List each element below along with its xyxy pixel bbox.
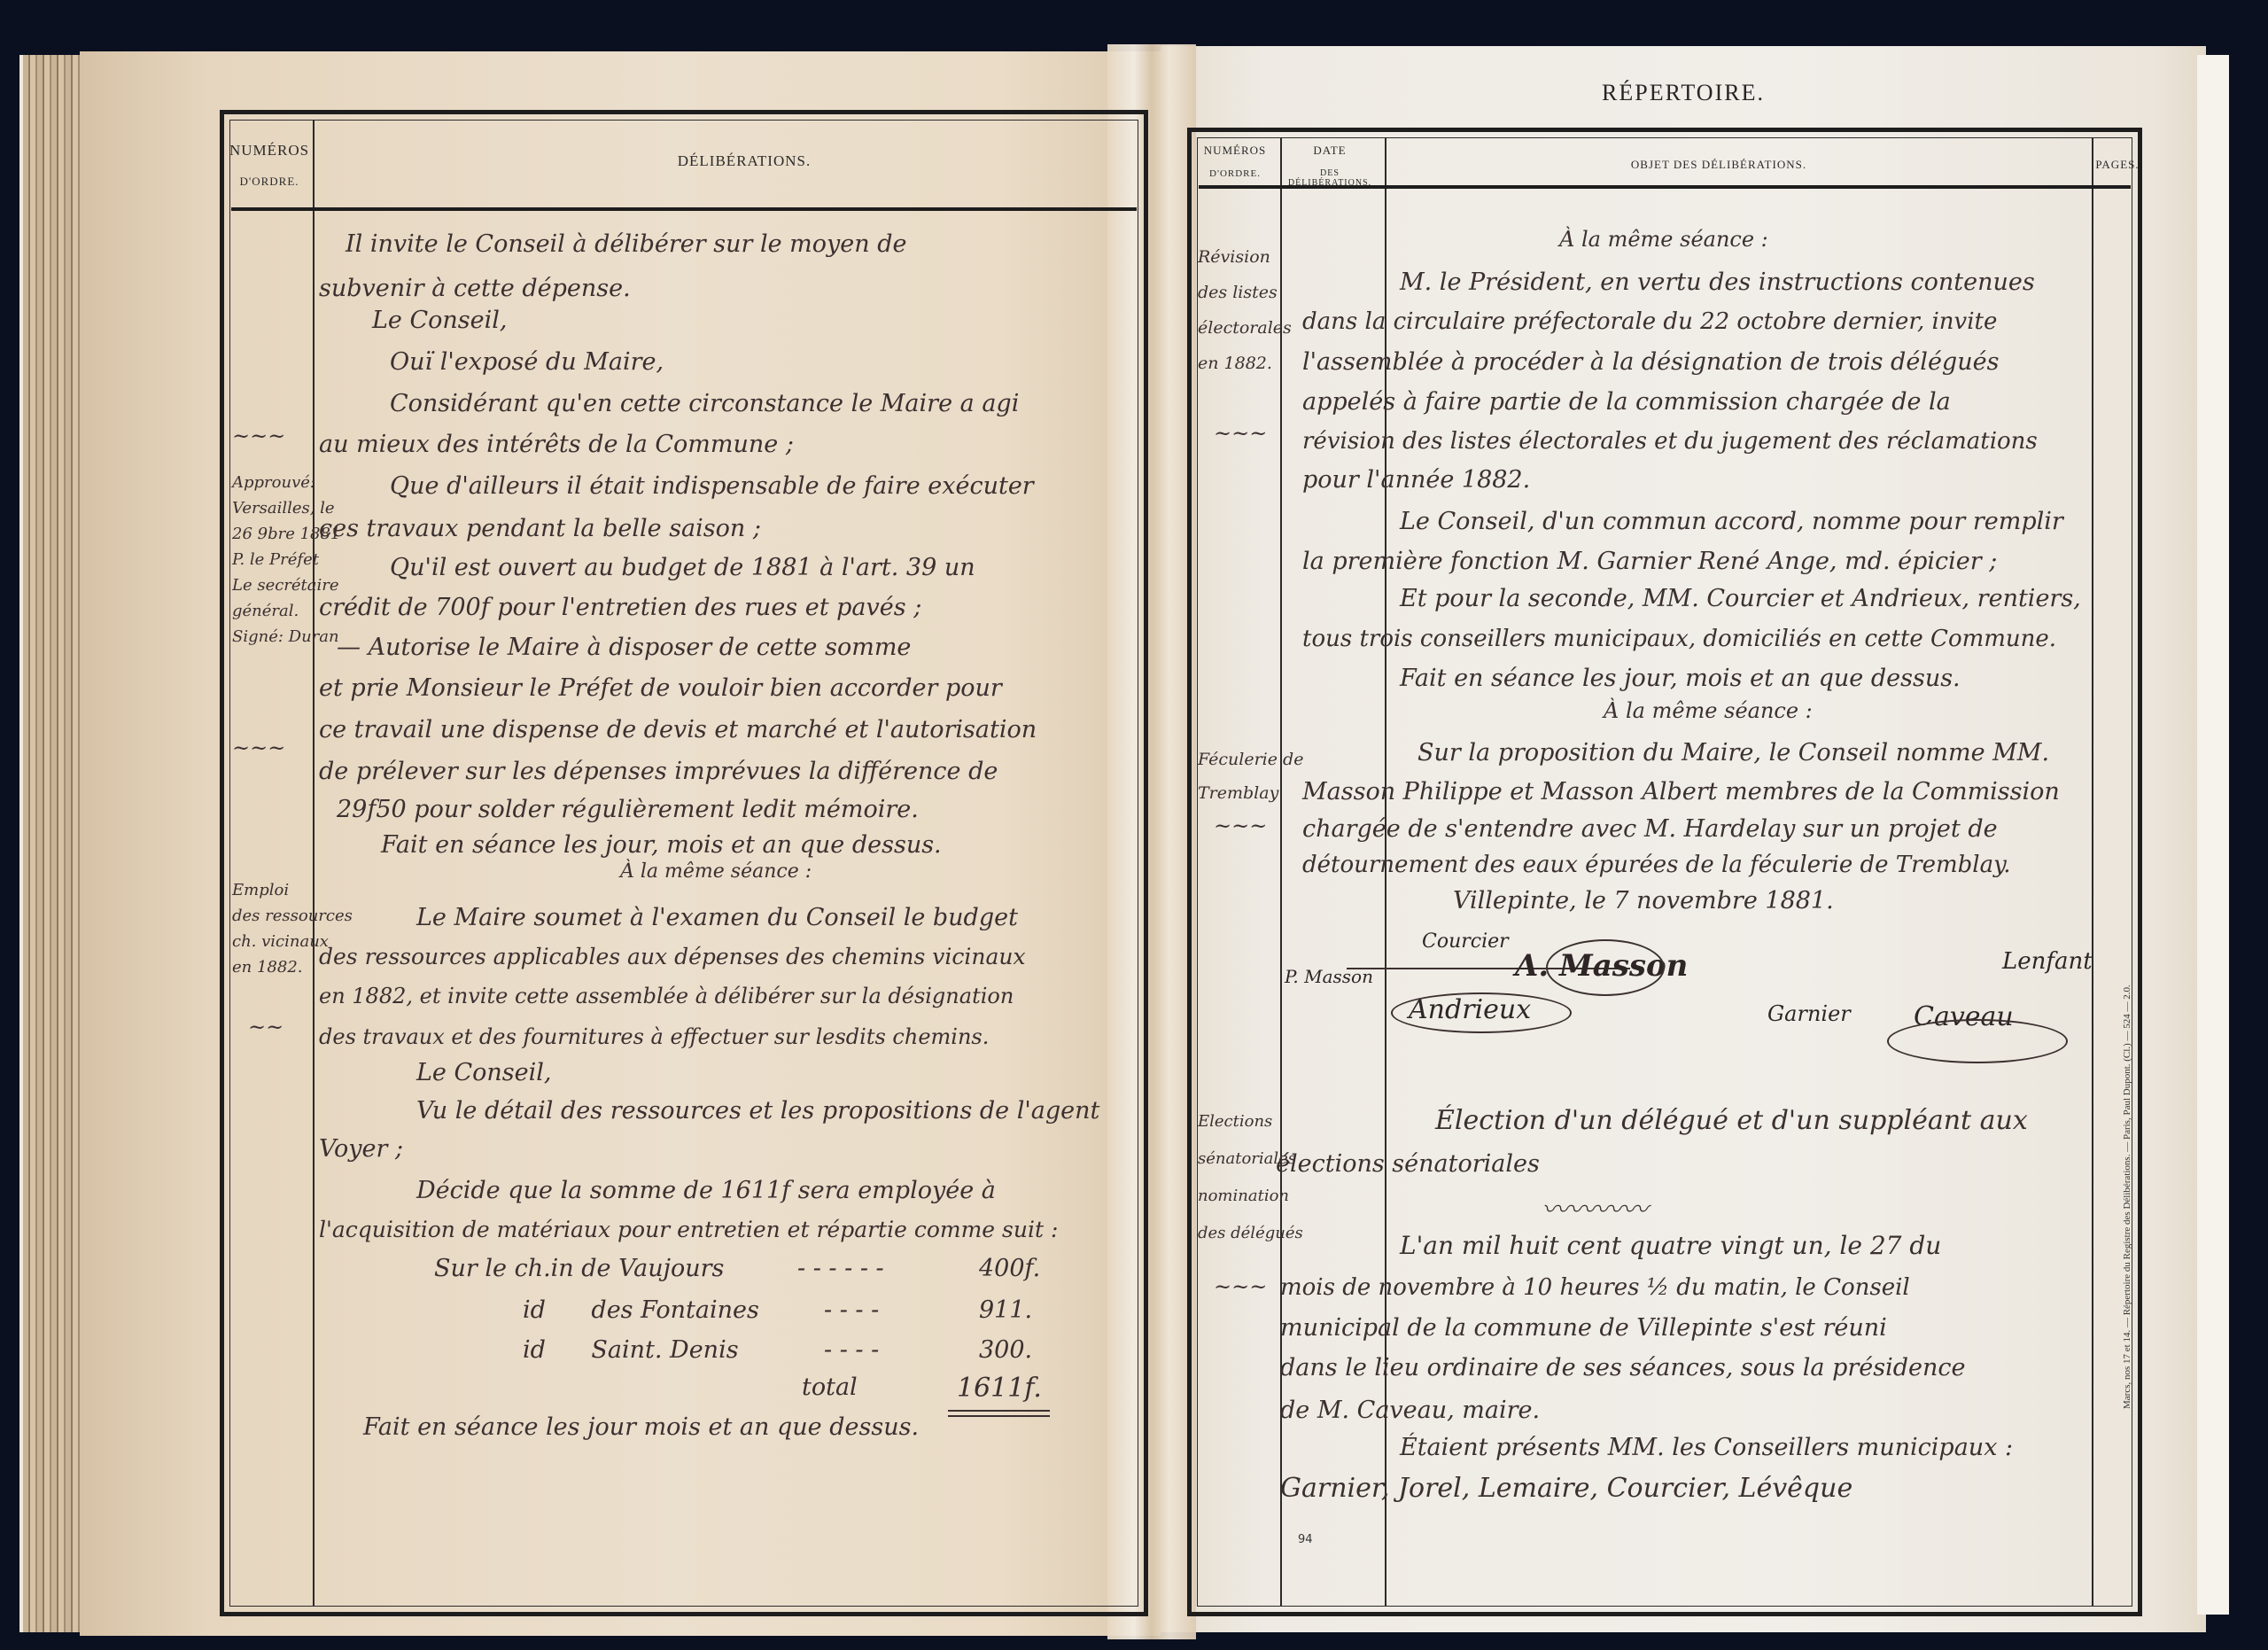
right-page-edge <box>2197 55 2229 1615</box>
right-line: de M. Caveau, maire. <box>1280 1398 1540 1422</box>
left-line: crédit de 700f pour l'entretien des rues… <box>319 595 921 619</box>
right-line: À la même séance : <box>1604 700 1813 721</box>
left-line: Que d'ailleurs il était indispensable de… <box>390 474 1034 498</box>
right-line: mois de novembre à 10 heures ½ du matin,… <box>1280 1276 1910 1299</box>
signature: Courcier <box>1422 930 1509 953</box>
left-line: en 1882, et invite cette assemblée à dél… <box>319 985 1014 1007</box>
margin-squiggle: ~~~ <box>232 424 285 448</box>
left-line: 29f50 pour solder régulièrement ledit mé… <box>337 798 919 821</box>
left-line: des ressources applicables aux dépenses … <box>319 946 1026 968</box>
left-line: subvenir à cette dépense. <box>319 276 631 300</box>
right-line: À la même séance : <box>1559 229 1768 250</box>
right-line: chargée de s'entendre avec M. Hardelay s… <box>1302 817 1998 841</box>
left-line: Décide que la somme de 1611f sera employ… <box>416 1179 996 1202</box>
left-line: Voyer ; <box>319 1137 403 1161</box>
left-line: Vu le détail des ressources et les propo… <box>416 1099 1099 1123</box>
right-header-ordre: D'ORDRE. <box>1192 168 1278 179</box>
margin-note-revision: Révision des listes électorales en 1882. <box>1198 239 1292 381</box>
left-header-ordre: D'ORDRE. <box>227 175 312 189</box>
left-line: Le Conseil, <box>372 308 507 332</box>
margin-squiggle: ~~~ <box>232 735 285 760</box>
right-header-numeros: NUMÉROS <box>1192 144 1278 158</box>
allocation-label: id Saint. Denis <box>523 1338 739 1362</box>
right-line: L'an mil huit cent quatre vingt un, le 2… <box>1400 1234 1941 1258</box>
right-line: Étaient présents MM. les Conseillers mun… <box>1400 1436 2013 1459</box>
right-line: pour l'année 1882. <box>1302 468 1530 492</box>
allocation-label: id des Fontaines <box>523 1298 759 1322</box>
right-line: l'assemblée à procéder à la désignation … <box>1302 350 1999 374</box>
signature-loop <box>1391 992 1572 1033</box>
left-line: au mieux des intérêts de la Commune ; <box>319 432 794 456</box>
left-header-numeros: NUMÉROS <box>227 142 312 160</box>
left-line: Considérant qu'en cette circonstance le … <box>390 392 1019 416</box>
right-line: Garnier, Jorel, Lemaire, Courcier, Lévêq… <box>1280 1475 1852 1502</box>
right-line: Sur la proposition du Maire, le Conseil … <box>1417 741 2049 765</box>
allocation-dots: - - - - <box>824 1338 879 1362</box>
left-line: Fait en séance les jour, mois et an que … <box>381 833 942 857</box>
allocation-dots: - - - - - - <box>797 1257 884 1280</box>
left-line: de prélever sur les dépenses imprévues l… <box>319 759 998 783</box>
allocation-amount: 300. <box>979 1338 1032 1362</box>
right-header-date-sub: DES DÉLIBÉRATIONS. <box>1281 168 1379 188</box>
margin-squiggle: ~~~ <box>1214 813 1267 838</box>
right-line: révision des listes électorales et du ju… <box>1302 430 2038 453</box>
right-line: dans le lieu ordinaire de ses séances, s… <box>1280 1356 1966 1380</box>
right-line: élections sénatoriales <box>1276 1152 1540 1176</box>
left-line: — Autorise le Maire à disposer de cette … <box>337 635 911 659</box>
left-line: Le Maire soumet à l'examen du Conseil le… <box>416 906 1018 930</box>
signature-loop <box>1546 939 1665 996</box>
right-line: Masson Philippe et Masson Albert membres… <box>1302 780 2060 804</box>
right-line: Et pour la seconde, MM. Courcier et Andr… <box>1400 587 2081 611</box>
left-line: et prie Monsieur le Préfet de vouloir bi… <box>319 676 1002 700</box>
allocation-label: Sur le ch.in de Vaujours <box>434 1257 724 1280</box>
margin-squiggle: ~~~ <box>1214 421 1267 446</box>
left-line: l'acquisition de matériaux pour entretie… <box>319 1218 1058 1241</box>
right-line: appelés à faire partie de la commission … <box>1302 390 1951 414</box>
left-line: À la même séance : <box>620 862 812 882</box>
margin-squiggle: ~~ <box>248 1015 283 1039</box>
right-header-objet: OBJET DES DÉLIBÉRATIONS. <box>1559 158 1878 172</box>
printer-imprint: Marcs, nos 17 et 14. — Répertoire du Reg… <box>2122 913 2132 1409</box>
signature-loop <box>1887 1019 2068 1063</box>
right-line: dans la circulaire préfectorale du 22 oc… <box>1302 310 1997 333</box>
open-register-book: NUMÉROS D'ORDRE. DÉLIBÉRATIONS. ~~~ Appr… <box>0 0 2268 1650</box>
left-closing-line: Fait en séance les jour mois et an que d… <box>363 1415 919 1439</box>
right-line: municipal de la commune de Villepinte s'… <box>1280 1316 1887 1340</box>
allocation-amount: 911. <box>979 1298 1032 1322</box>
left-line: ce travail une dispense de devis et marc… <box>319 718 1037 742</box>
left-line: Le Conseil, <box>416 1061 551 1085</box>
total-label: total <box>802 1375 858 1399</box>
margin-note-approval: Approuvé: Versailles, le 26 9bre 1881 P.… <box>232 470 340 650</box>
right-header-pages: PAGES. <box>2091 158 2144 172</box>
margin-squiggle: ~~~ <box>1214 1274 1267 1299</box>
repertoire-title: RÉPERTOIRE. <box>1506 80 1860 106</box>
right-line: Élection d'un délégué et d'un suppléant … <box>1435 1108 2028 1134</box>
right-line: Villepinte, le 7 novembre 1881. <box>1453 889 1834 913</box>
right-line: détournement des eaux épurées de la fécu… <box>1302 853 2011 876</box>
left-line: Qu'il est ouvert au budget de 1881 à l'a… <box>390 556 975 580</box>
allocation-dots: - - - - <box>824 1298 879 1322</box>
total-double-underline <box>948 1410 1050 1417</box>
left-header-deliberations: DÉLIBÉRATIONS. <box>585 152 904 170</box>
right-header-date: DATE <box>1281 144 1379 158</box>
left-line: Ouï l'exposé du Maire, <box>390 350 664 374</box>
total-amount: 1611f. <box>957 1375 1042 1402</box>
right-line: Fait en séance les jour, mois et an que … <box>1400 666 1961 690</box>
section-squiggle: 〰〰〰〰 <box>1542 1187 1648 1226</box>
left-line: des travaux et des fournitures à effectu… <box>319 1026 989 1047</box>
page-number: 94 <box>1298 1533 1313 1546</box>
right-line: M. le Président, en vertu des instructio… <box>1400 270 2035 294</box>
signature: Lenfant <box>2002 948 2093 975</box>
right-line: Le Conseil, d'un commun accord, nomme po… <box>1400 510 2063 533</box>
right-line: tous trois conseillers municipaux, domic… <box>1302 627 2056 650</box>
margin-note-feculerie: Féculerie de Tremblay <box>1198 743 1303 810</box>
margin-note-elections: Elections sénatoriales nomination des dé… <box>1198 1103 1303 1252</box>
left-line: ces travaux pendant la belle saison ; <box>319 517 761 541</box>
right-line: la première fonction M. Garnier René Ang… <box>1302 549 1997 573</box>
left-line: Il invite le Conseil à délibérer sur le … <box>346 232 907 256</box>
signature: Garnier <box>1767 1001 1851 1026</box>
allocation-amount: 400f. <box>979 1257 1040 1280</box>
